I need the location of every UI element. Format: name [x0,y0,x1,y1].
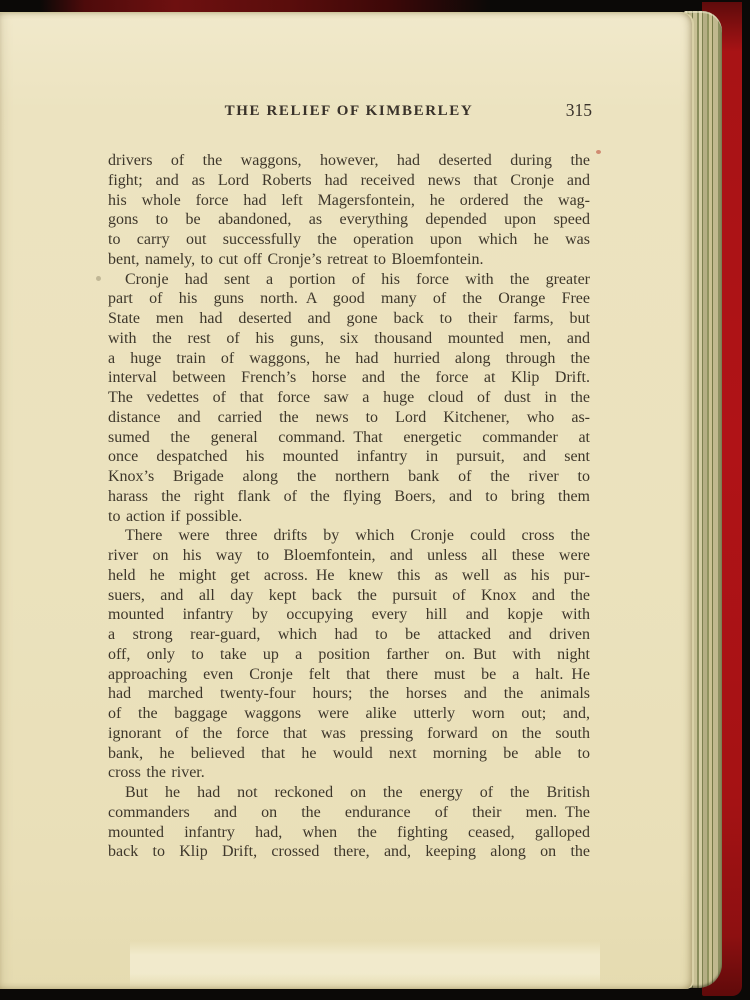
text-line: approaching even Cronje felt that there … [108,665,590,685]
page-number: 315 [566,100,592,121]
running-header-title: THE RELIEF OF KIMBERLEY [108,103,590,120]
scanned-book-photo: THE RELIEF OF KIMBERLEY 315 drivers of t… [0,0,750,1000]
text-line: a strong rear-guard, which had to be att… [108,625,590,645]
text-line: river on his way to Bloemfontein, and un… [108,546,590,566]
text-line: bank, he believed that he would next mor… [108,744,590,764]
text-line: There were three drifts by which Cronje … [108,526,590,546]
text-line: back to Klip Drift, crossed there, and, … [108,842,590,862]
text-line: held he might get across. He knew this a… [108,566,590,586]
text-line: But he had not reckoned on the energy of… [108,783,590,803]
text-line: Knox’s Brigade along the northern bank o… [108,467,590,487]
running-header: THE RELIEF OF KIMBERLEY 315 [108,103,590,125]
text-line: suers, and all day kept back the pursuit… [108,586,590,606]
text-line: Cronje had sent a portion of his force w… [108,270,590,290]
text-line: sumed the general command. That energeti… [108,428,590,448]
text-line: to action if possible. [108,507,590,527]
text-line: harass the right flank of the flying Boe… [108,487,590,507]
text-line: cross the river. [108,763,590,783]
page-blemish-red [596,150,601,154]
text-line: ignorant of the force that was pressing … [108,724,590,744]
text-line: drivers of the waggons, however, had des… [108,151,590,171]
text-line: a huge train of waggons, he had hurried … [108,349,590,369]
text-line: commanders and on the endurance of their… [108,803,590,823]
text-line: gons to be abandoned, as everything depe… [108,210,590,230]
book-page: THE RELIEF OF KIMBERLEY 315 drivers of t… [0,12,694,989]
scan-light-band [130,941,600,989]
text-line: interval between French’s horse and the … [108,368,590,388]
text-line: with the rest of his guns, six thousand … [108,329,590,349]
text-line: once despatched his mounted infantry in … [108,447,590,467]
text-line: fight; and as Lord Roberts had received … [108,171,590,191]
text-line: his whole force had left Magersfontein, … [108,191,590,211]
text-line: off, only to take up a position farther … [108,645,590,665]
text-line: had marched twenty-four hours; the horse… [108,684,590,704]
body-text: drivers of the waggons, however, had des… [108,151,590,862]
text-line: part of his guns north. A good many of t… [108,289,590,309]
text-line: State men had deserted and gone back to … [108,309,590,329]
text-line: bent, namely, to cut off Cronje’s retrea… [108,250,590,270]
text-line: distance and carried the news to Lord Ki… [108,408,590,428]
page-blemish-grey [96,276,101,281]
text-line: The vedettes of that force saw a huge cl… [108,388,590,408]
page-content: THE RELIEF OF KIMBERLEY 315 drivers of t… [108,13,590,862]
text-line: mounted infantry by occupying every hill… [108,605,590,625]
text-line: to carry out successfully the operation … [108,230,590,250]
text-line: mounted infantry had, when the fighting … [108,823,590,843]
text-line: of the baggage waggons were alike utterl… [108,704,590,724]
